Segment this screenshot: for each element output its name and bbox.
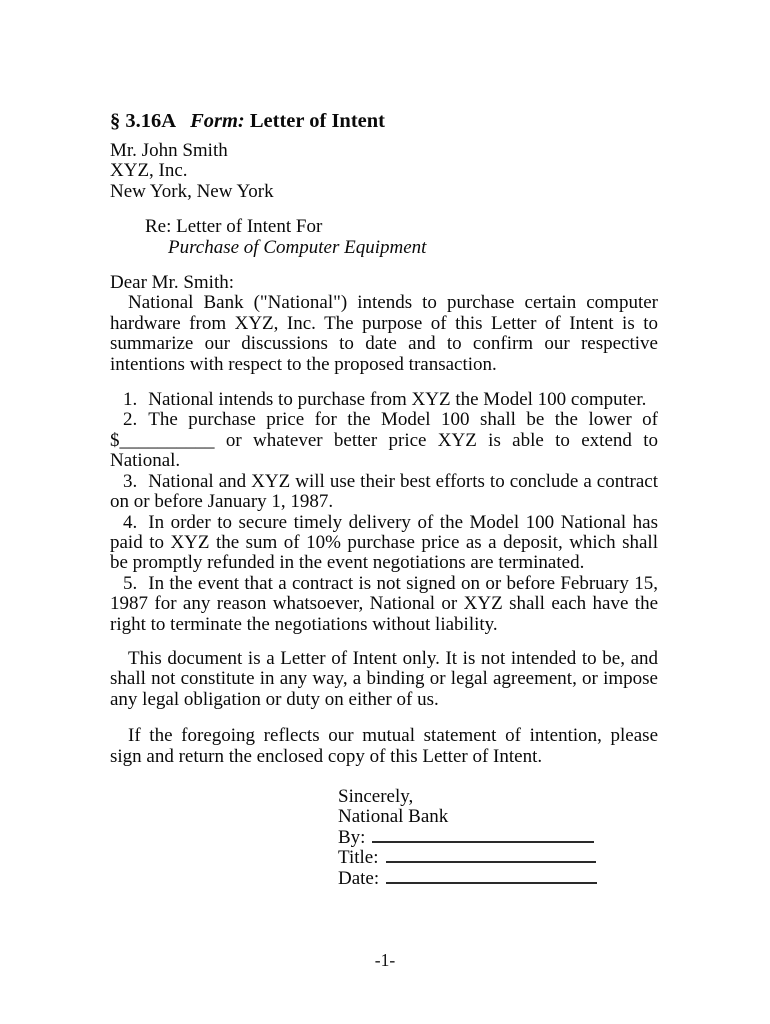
intro-paragraph: National Bank ("National") intends to pu… xyxy=(110,293,658,375)
page-number: -1- xyxy=(0,950,770,971)
complimentary-close: Sincerely, xyxy=(338,787,658,807)
item-text: National intends to purchase from XYZ th… xyxy=(137,389,646,410)
item-text: National and XYZ will use their best eff… xyxy=(110,471,658,512)
section-heading: § 3.16AForm: Letter of Intent xyxy=(110,110,658,132)
signature-row-by: By: xyxy=(338,828,658,848)
signature-row-title: Title: xyxy=(338,848,658,868)
list-item: 4.In order to secure timely delivery of … xyxy=(110,513,658,574)
item-number: 3. xyxy=(123,471,137,492)
letter-body: § 3.16AForm: Letter of Intent Mr. John S… xyxy=(110,110,658,889)
list-item: 1.National intends to purchase from XYZ … xyxy=(110,390,658,410)
title-label: Title: xyxy=(338,847,379,868)
item-number: 4. xyxy=(123,512,137,533)
by-signature-line xyxy=(372,828,594,843)
date-label: Date: xyxy=(338,868,379,889)
signature-company: National Bank xyxy=(338,807,658,827)
list-item: 5.In the event that a contract is not si… xyxy=(110,574,658,635)
numbered-list: 1.National intends to purchase from XYZ … xyxy=(110,390,658,635)
re-subject-detail: Purchase of Computer Equipment xyxy=(168,238,658,258)
item-text: In the event that a contract is not sign… xyxy=(110,573,658,635)
item-number: 1. xyxy=(123,389,137,410)
signature-block: Sincerely, National Bank By: Title: Date… xyxy=(338,787,658,889)
list-item: 2.The purchase price for the Model 100 s… xyxy=(110,410,658,471)
item-text: The purchase price for the Model 100 sha… xyxy=(110,409,658,471)
title-signature-line xyxy=(386,848,596,863)
salutation: Dear Mr. Smith: xyxy=(110,273,658,293)
salutation-block: Dear Mr. Smith: National Bank ("National… xyxy=(110,273,658,375)
section-number: § 3.16A xyxy=(110,110,176,132)
recipient-name: Mr. John Smith xyxy=(110,141,658,161)
recipient-company: XYZ, Inc. xyxy=(110,161,658,181)
by-label: By: xyxy=(338,827,365,848)
signature-row-date: Date: xyxy=(338,869,658,889)
item-text: In order to secure timely delivery of th… xyxy=(110,512,658,574)
recipient-city: New York, New York xyxy=(110,182,658,202)
disclaimer-paragraph: This document is a Letter of Intent only… xyxy=(110,649,658,710)
date-signature-line xyxy=(386,869,597,884)
item-number: 2. xyxy=(123,409,137,430)
heading-title: Letter of Intent xyxy=(250,110,385,132)
request-paragraph: If the foregoing reflects our mutual sta… xyxy=(110,726,658,767)
item-number: 5. xyxy=(123,573,137,594)
re-block: Re: Letter of Intent For Purchase of Com… xyxy=(110,217,658,258)
document-page: § 3.16AForm: Letter of Intent Mr. John S… xyxy=(0,0,770,1024)
form-label: Form: xyxy=(190,110,245,132)
recipient-address: Mr. John Smith XYZ, Inc. New York, New Y… xyxy=(110,141,658,202)
list-item: 3.National and XYZ will use their best e… xyxy=(110,472,658,513)
re-subject-line: Re: Letter of Intent For xyxy=(145,217,658,237)
